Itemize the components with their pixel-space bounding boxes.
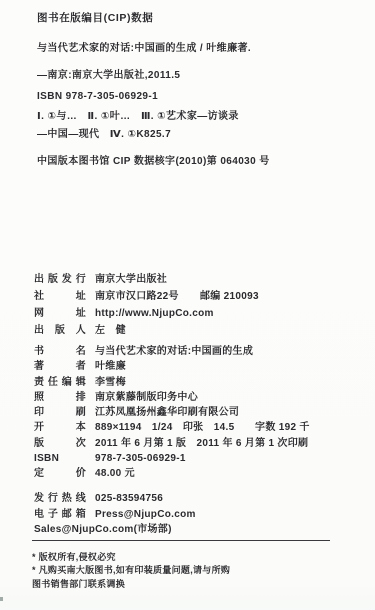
notes-block: * 版权所有,侵权必究 * 凡购买南大版图书,如有印装质量问题,请与所购 图书销… (32, 551, 347, 591)
publisher-row-person: 出版人左 健 (34, 322, 347, 339)
row-label: 责任编辑 (34, 375, 86, 390)
row-value: 叶维廉 (95, 361, 126, 372)
row-label: 发行热线 (34, 491, 86, 507)
row-label: 书名 (34, 344, 86, 359)
row-label: 版次 (34, 436, 86, 451)
book-row-author: 著者叶维廉 (34, 359, 347, 374)
row-value: 2011 年 6 月第 1 版 2011 年 6 月第 1 次印刷 (95, 438, 308, 449)
row-value: 南京大学出版社 (95, 274, 167, 285)
publisher-row-website: 网址http://www.NjupCo.com (34, 305, 347, 322)
copyright-page: 图书在版编目(CIP)数据 与当代艺术家的对话:中国画的生成 / 叶维廉著. —… (0, 0, 375, 610)
press-email: Press@NjupCo.com (95, 509, 196, 520)
publisher-block: 出版发行南京大学出版社 社址南京市汉口路22号邮编 210093 网址http:… (34, 271, 347, 339)
book-row-isbn: ISBN978-7-305-06929-1 (34, 451, 347, 466)
contact-row-hotline: 发行热线025-83594756 (34, 491, 347, 507)
divider-rule (32, 540, 330, 541)
row-value: 889×1194 1/24 印张 14.5 字数 192 千 (95, 422, 310, 433)
book-row-edition: 版次2011 年 6 月第 1 版 2011 年 6 月第 1 次印刷 (34, 436, 347, 451)
publisher-url: http://www.NjupCo.com (95, 308, 214, 319)
row-label: 出版人 (34, 322, 86, 339)
row-value: 左 健 (95, 325, 126, 336)
contact-block: 发行热线025-83594756 电子邮箱Press@NjupCo.com Sa… (34, 491, 347, 538)
book-row-price: 定价48.00 元 (34, 466, 347, 481)
cip-title-line: 与当代艺术家的对话:中国画的生成 / 叶维廉著. (37, 39, 347, 54)
row-value: 江苏凤凰扬州鑫华印刷有限公司 (95, 407, 239, 418)
book-row-format: 开本889×1194 1/24 印张 14.5 字数 192 千 (34, 420, 347, 435)
row-value: 李雪梅 (95, 377, 126, 388)
book-row-editor: 责任编辑李雪梅 (34, 375, 347, 390)
cip-classification-line-1: Ⅰ. ①与… Ⅱ. ①叶… Ⅲ. ①艺术家—访谈录 (37, 107, 347, 122)
cip-isbn-line: ISBN 978-7-305-06929-1 (37, 91, 347, 102)
row-label: ISBN (34, 451, 86, 466)
row-value: 南京紫藤制版印务中心 (95, 392, 198, 403)
row-label: 电子邮箱 (34, 507, 86, 523)
book-row-typesetting: 照排南京紫藤制版印务中心 (34, 390, 347, 405)
contact-row-email: 电子邮箱Press@NjupCo.com (34, 507, 347, 523)
copyright-note: * 版权所有,侵权必究 (32, 551, 347, 564)
cip-classification-line-2: —中国—现代 Ⅳ. ①K825.7 (37, 125, 347, 140)
row-value: 48.00 元 (95, 468, 135, 479)
quality-note: * 凡购买南大版图书,如有印装质量问题,请与所购 (32, 564, 347, 577)
scan-artifact (0, 597, 3, 601)
row-label: 印刷 (34, 405, 86, 420)
row-label: 出版发行 (34, 271, 86, 288)
postal-code: 邮编 210093 (200, 288, 259, 305)
row-label: 著者 (34, 359, 86, 374)
row-label: 开本 (34, 420, 86, 435)
publisher-row-address: 社址南京市汉口路22号邮编 210093 (34, 288, 347, 305)
row-label: 照排 (34, 390, 86, 405)
row-label: 定价 (34, 466, 86, 481)
publisher-row-issuer: 出版发行南京大学出版社 (34, 271, 347, 288)
row-value: 与当代艺术家的对话:中国画的生成 (95, 346, 253, 357)
cip-record-line: 中国版本图书馆 CIP 数据核字(2010)第 064030 号 (37, 152, 347, 167)
book-row-title: 书名与当代艺术家的对话:中国画的生成 (34, 344, 347, 359)
quality-note-continued: 图书销售部门联系调换 (32, 578, 347, 591)
cip-block: 图书在版编目(CIP)数据 与当代艺术家的对话:中国画的生成 / 叶维廉著. —… (37, 10, 347, 167)
hotline-number: 025-83594756 (95, 493, 163, 504)
cip-publisher-line: —南京:南京大学出版社,2011.5 (37, 66, 347, 81)
row-label: 网址 (34, 305, 86, 322)
sales-email: Sales@NjupCo.com(市场部) (34, 522, 347, 538)
book-row-printer: 印刷江苏凤凰扬州鑫华印刷有限公司 (34, 405, 347, 420)
book-info-block: 书名与当代艺术家的对话:中国画的生成 著者叶维廉 责任编辑李雪梅 照排南京紫藤制… (34, 344, 347, 482)
row-label: 社址 (34, 288, 86, 305)
row-value: 南京市汉口路22号 (95, 291, 179, 302)
cip-header: 图书在版编目(CIP)数据 (37, 10, 347, 25)
row-value: 978-7-305-06929-1 (95, 453, 186, 464)
